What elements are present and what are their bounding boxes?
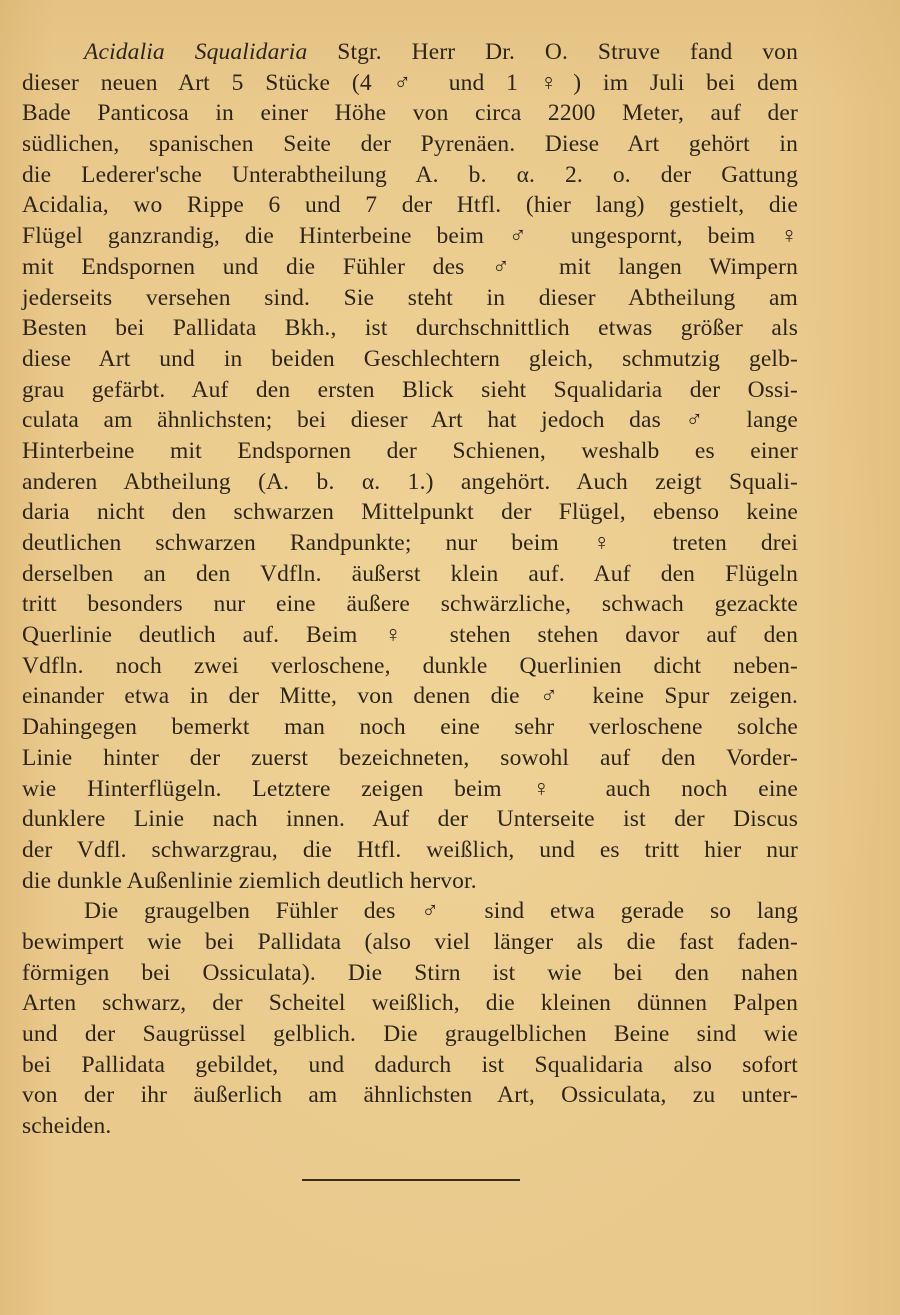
text-line: Die graugelben Fühler des ♂ sind etwa ge… xyxy=(22,896,798,927)
text-line: diese Art und in beiden Geschlechtern gl… xyxy=(22,344,798,375)
text-line: förmigen bei Ossiculata). Die Stirn ist … xyxy=(22,958,798,989)
text-line: der Vdfl. schwarzgrau, die Htfl. weißlic… xyxy=(22,835,798,866)
text-line: tritt besonders nur eine äußere schwärzl… xyxy=(22,589,798,620)
text-line: bei Pallidata gebildet, und dadurch ist … xyxy=(22,1050,798,1081)
text-line: mit Endspornen und die Fühler des ♂ mit … xyxy=(22,252,798,283)
paragraph-2: Die graugelben Fühler des ♂ sind etwa ge… xyxy=(22,896,798,1142)
text-line: Acidalia, wo Rippe 6 und 7 der Htfl. (hi… xyxy=(22,190,798,221)
text-line: Flügel ganzrandig, die Hinterbeine beim … xyxy=(22,221,798,252)
text-line: von der ihr äußerlich am ähnlichsten Art… xyxy=(22,1080,798,1111)
text-line: bewimpert wie bei Pallidata (also viel l… xyxy=(22,927,798,958)
text-line: anderen Abtheilung (A. b. α. 1.) angehör… xyxy=(22,467,798,498)
species-name: Acidalia Squalidaria xyxy=(84,39,307,65)
text-line: Dahingegen bemerkt man noch eine sehr ve… xyxy=(22,712,798,743)
text-line: deutlichen schwarzen Randpunkte; nur bei… xyxy=(22,528,798,559)
paragraph-1: Acidalia Squalidaria Stgr. Herr Dr. O. S… xyxy=(22,37,798,896)
text-line: Querlinie deutlich auf. Beim ♀ stehen st… xyxy=(22,620,798,651)
text-line: scheiden. xyxy=(22,1111,798,1142)
text-line: Arten schwarz, der Scheitel weißlich, di… xyxy=(22,988,798,1019)
text-line: Linie hinter der zuerst bezeichneten, so… xyxy=(22,743,798,774)
text-line: die Lederer'sche Unterabtheilung A. b. α… xyxy=(22,160,798,191)
text-line: wie Hinterflügeln. Letztere zeigen beim … xyxy=(22,774,798,805)
text-line: jederseits versehen sind. Sie steht in d… xyxy=(22,283,798,314)
text-line: derselben an den Vdfln. äußerst klein au… xyxy=(22,559,798,590)
text-line: südlichen, spanischen Seite der Pyrenäen… xyxy=(22,129,798,160)
text-line: Vdfln. noch zwei verloschene, dunkle Que… xyxy=(22,651,798,682)
page-text: Acidalia Squalidaria Stgr. Herr Dr. O. S… xyxy=(22,37,798,1142)
text-line: grau gefärbt. Auf den ersten Blick sieht… xyxy=(22,375,798,406)
text-line: Hinterbeine mit Endspornen der Schienen,… xyxy=(22,436,798,467)
text-line: Bade Panticosa in einer Höhe von circa 2… xyxy=(22,98,798,129)
text-line: die dunkle Außenlinie ziemlich deutlich … xyxy=(22,866,798,897)
first-line-rest: Stgr. Herr Dr. O. Struve fand von xyxy=(307,39,798,65)
text-line: culata am ähnlichsten; bei dieser Art ha… xyxy=(22,405,798,436)
text-line: dunklere Linie nach innen. Auf der Unter… xyxy=(22,804,798,835)
text-line: Acidalia Squalidaria Stgr. Herr Dr. O. S… xyxy=(22,37,798,68)
text-line: und der Saugrüssel gelblich. Die graugel… xyxy=(22,1019,798,1050)
text-line: dieser neuen Art 5 Stücke (4 ♂ und 1 ♀) … xyxy=(22,68,798,99)
text-line: einander etwa in der Mitte, von denen di… xyxy=(22,681,798,712)
section-divider-rule xyxy=(302,1179,520,1181)
text-line: daria nicht den schwarzen Mittelpunkt de… xyxy=(22,497,798,528)
text-line: Besten bei Pallidata Bkh., ist durchschn… xyxy=(22,313,798,344)
